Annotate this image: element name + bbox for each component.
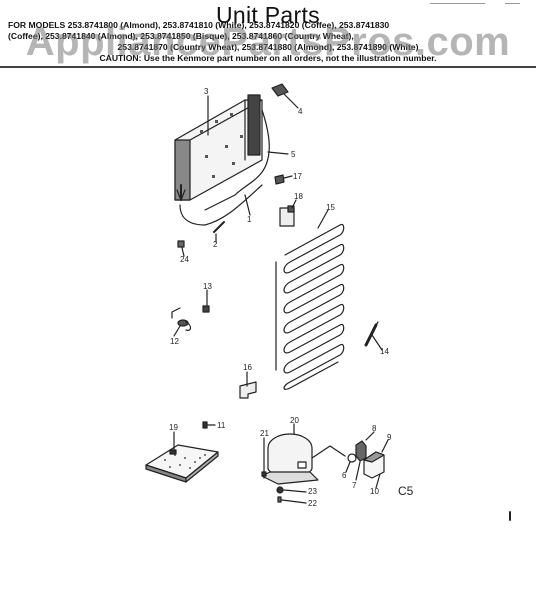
svg-text:21: 21 [260,429,269,438]
part-drain-pan[interactable] [146,432,218,482]
part-relay-cover[interactable] [364,440,388,488]
svg-text:2: 2 [213,240,218,249]
svg-text:16: 16 [243,363,252,372]
svg-text:3: 3 [204,87,209,96]
svg-text:8: 8 [372,424,377,433]
svg-text:10: 10 [370,487,379,496]
part-clip-17[interactable] [275,175,292,184]
section-code: C5 [398,484,414,498]
svg-text:5: 5 [291,150,296,159]
svg-text:13: 13 [203,282,212,291]
part-bracket-18[interactable] [280,200,296,226]
svg-text:15: 15 [326,203,335,212]
svg-text:22: 22 [308,499,317,508]
svg-text:24: 24 [180,255,189,264]
svg-text:11: 11 [217,421,226,430]
part-bracket-16[interactable] [240,372,256,398]
svg-text:20: 20 [290,416,299,425]
svg-text:12: 12 [170,337,179,346]
svg-text:9: 9 [387,433,392,442]
part-compressor[interactable] [262,424,345,484]
part-grommet-12[interactable] [172,308,191,336]
svg-text:14: 14 [380,347,389,356]
svg-text:4: 4 [298,107,303,116]
svg-text:7: 7 [352,481,357,490]
exploded-parts-diagram: 3 4 5 17 18 1 2 24 15 14 13 12 16 19 11 … [0,0,536,600]
svg-text:1: 1 [247,215,252,224]
part-clip-4[interactable] [272,84,298,108]
svg-text:23: 23 [308,487,317,496]
svg-text:19: 19 [169,423,178,432]
svg-text:6: 6 [342,471,347,480]
part-drier[interactable] [366,322,382,350]
part-condenser[interactable] [276,210,344,389]
svg-text:17: 17 [293,172,302,181]
svg-text:18: 18 [294,192,303,201]
